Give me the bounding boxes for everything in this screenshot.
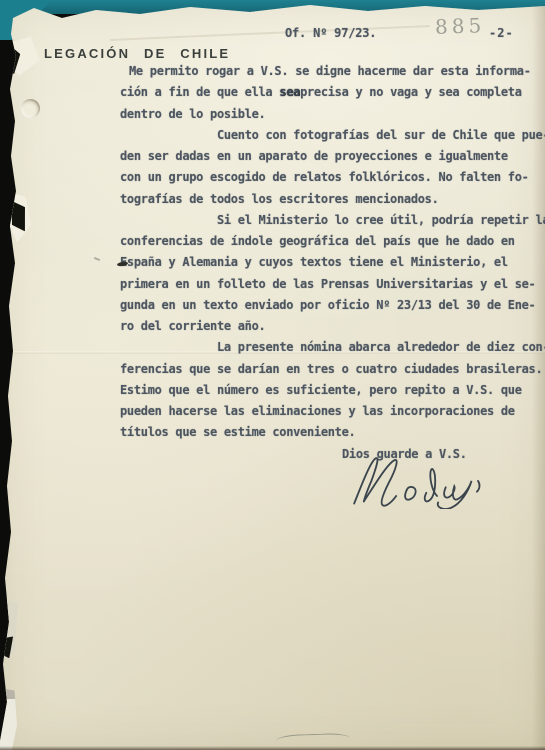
typed-line: títulos que se estime conveniente. <box>120 422 540 443</box>
torn-edge-fragment <box>0 688 17 750</box>
typed-line: den ser dadas en un aparato de proyeccio… <box>120 146 540 167</box>
folio-number-handwritten: 885 <box>435 13 486 39</box>
typed-line: gunda en un texto enviado por oficio Nº … <box>120 295 540 316</box>
paper-bottom-edge <box>0 746 545 750</box>
signature-scrawl <box>352 455 492 509</box>
punch-hole <box>21 99 40 118</box>
typed-line: con un grupo escogido de relatos folklór… <box>120 167 540 188</box>
page-number: -2- <box>489 26 514 40</box>
scanned-document: LEGACIÓN DE CHILE Of. Nº 97/23. 885 -2- … <box>0 0 545 750</box>
typed-body: Me permito rogar a V.S. se digne hacerme… <box>120 61 540 465</box>
typed-line: Cuento con fotografías del sur de Chile … <box>120 125 540 146</box>
overstrike-word: sea <box>279 85 300 99</box>
typed-line: Si el Ministerio lo cree útil, podría re… <box>120 210 540 231</box>
typed-line: Estimo que el número es suficiente, pero… <box>120 380 540 401</box>
typed-line: ción a fin de que ella seaprecisa y no v… <box>120 82 540 103</box>
letterhead: LEGACIÓN DE CHILE <box>44 46 230 61</box>
typed-line: dentro de lo posible. <box>120 104 540 125</box>
typed-text: ción a fin de que ella <box>120 85 279 99</box>
typed-line: Me permito rogar a V.S. se digne hacerme… <box>120 61 540 82</box>
typed-line: ferencias que se darían en tres o cuatro… <box>120 359 540 380</box>
typed-line: pueden hacerse las eliminaciones y las i… <box>120 401 540 422</box>
typed-line: España y Alemania y cuyos textos tiene e… <box>120 252 540 273</box>
oficio-reference: Of. Nº 97/23. <box>285 26 376 40</box>
typed-line: La presente nómina abarca alrededor de d… <box>120 337 540 358</box>
typed-line: tografías de todos los escritores mencio… <box>120 189 540 210</box>
crease-mark <box>276 733 350 747</box>
typed-line: conferencias de índole geográfica del pa… <box>120 231 540 252</box>
torn-edge-fragment <box>7 34 42 78</box>
typed-line: ro del corriente año. <box>120 316 540 337</box>
typed-text: precisa y no vaga y sea completa <box>300 85 522 99</box>
pencil-mark <box>94 257 100 261</box>
paper-sheet: LEGACIÓN DE CHILE Of. Nº 97/23. 885 -2- … <box>0 0 545 750</box>
typed-line: primera en un folleto de las Prensas Uni… <box>120 274 540 295</box>
crease-mark <box>110 25 430 41</box>
